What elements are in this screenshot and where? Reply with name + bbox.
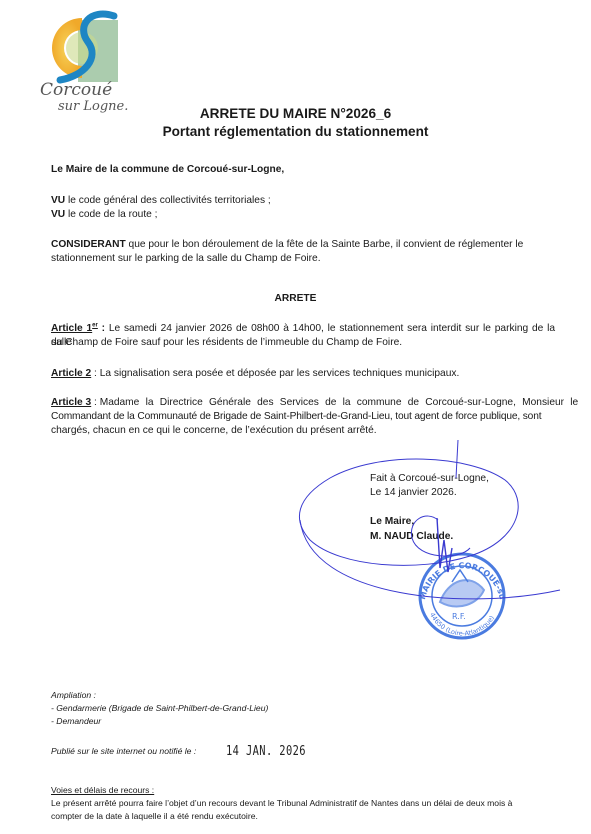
article-separator: : [98,323,109,334]
recours-line-2: compter de la date à laquelle il a été r… [51,810,571,823]
arrete-heading: ARRETE [0,293,591,304]
commune-logo: Corcoué sur Logne. [36,6,140,114]
publication-label: Publié sur le site internet ou notifié l… [51,745,231,758]
article-3-line-3: chargés, chacun en ce qui le concerne, d… [51,424,551,438]
article-2-line-1: La signalisation sera posée et déposée p… [100,368,460,379]
article-separator: : [91,397,100,408]
considerant-line-1: CONSIDERANT que pour le bon déroulement … [51,238,551,252]
recours-title: Voies et délais de recours : [51,784,571,797]
document-title: ARRETE DU MAIRE N°2026_6 [0,106,591,121]
considerant-line-2: stationnement sur le parking de la salle… [51,252,551,266]
ampliation-title: Ampliation : [51,689,571,702]
article-separator: : [91,368,100,379]
article-2: Article 2 : La signalisation sera posée … [51,367,551,381]
vu-text: le code général des collectivités territ… [65,195,271,206]
document-subtitle: Portant réglementation du stationnement [0,124,591,139]
article-3-label: Article 3 [51,397,91,408]
article-3-line-2: Commandant de la Communauté de Brigade d… [51,410,561,424]
article-1-line-2: du Champ de Foire sauf pour les résident… [51,336,551,350]
vu-keyword: VU [51,195,65,206]
signature-role: Le Maire, [370,515,414,530]
signature-place: Fait à Corcoué-sur-Logne, [370,472,489,487]
ampliation-item-2: - Demandeur [51,715,571,728]
article-2-label: Article 2 [51,368,91,379]
svg-text:R.F.: R.F. [452,612,466,621]
publication-stamp-date: 14 JAN. 2026 [226,744,306,759]
vu-line-1: VU le code général des collectivités ter… [51,194,551,208]
article-3: Article 3 : Madame la Directrice Général… [51,396,555,410]
handwritten-signature-icon [299,440,560,599]
svg-text:Corcoué: Corcoué [40,80,112,100]
vu-text: le code de la route ; [65,209,157,220]
article-1-label: Article 1 [51,323,92,334]
ampliation-item-1: - Gendarmerie (Brigade de Saint-Philbert… [51,702,571,715]
considerant-keyword: CONSIDERANT [51,239,126,250]
signature-name: M. NAUD Claude. [370,530,453,545]
vu-keyword: VU [51,209,65,220]
recours-line-1: Le présent arrêté pourra faire l’objet d… [51,797,571,810]
mayor-line: Le Maire de la commune de Corcoué-sur-Lo… [51,163,551,177]
considerant-text: que pour le bon déroulement de la fête d… [126,239,524,250]
article-3-line-1: Madame la Directrice Générale des Servic… [100,397,579,408]
signature-date: Le 14 janvier 2026. [370,486,457,501]
vu-line-2: VU le code de la route ; [51,208,551,222]
corcoue-sur-logne-logo-icon: Corcoué sur Logne. [36,6,140,114]
svg-text:44650 (Loire-Atlantique): 44650 (Loire-Atlantique) [428,611,496,637]
